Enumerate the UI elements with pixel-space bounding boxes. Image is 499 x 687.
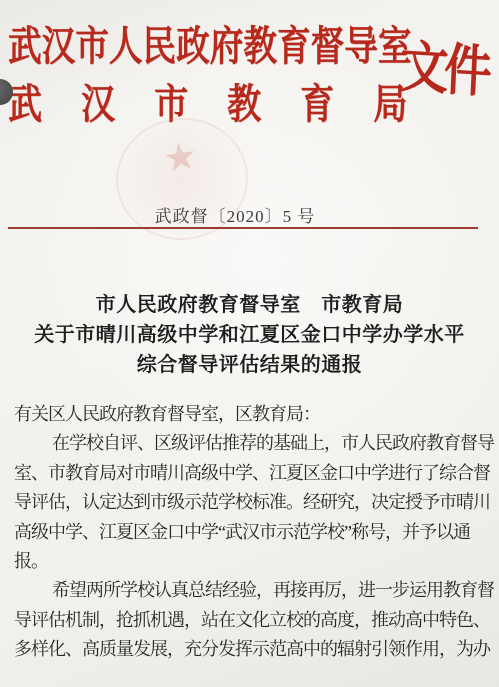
body-line: 导评估机制，抢抓机遇，站在文化立校的高度，推动高中特色、 xyxy=(14,606,491,635)
title-line-3: 综合督导评估结果的通报 xyxy=(0,350,499,380)
letterhead-org-line2: 武汉市教育局 xyxy=(8,84,446,125)
body-line: 室、市教育局对市晴川高级中学、江夏区金口中学进行了综合督 xyxy=(14,459,491,488)
document-body: 有关区人民政府教育督导室，区教育局： 在学校自评、区级评估推荐的基础上，市人民政… xyxy=(14,400,491,665)
letterhead-separator-rule xyxy=(8,227,478,229)
body-line: 多样化、高质量发展，充分发挥示范高中的辐射引领作用，为办 xyxy=(14,635,491,664)
title-line-1: 市人民政府教育督导室 市教育局 xyxy=(0,290,499,320)
document-number: 武政督〔2020〕5 号 xyxy=(0,202,470,227)
letterhead-org-line1: 武汉市人民政府教育督导室 xyxy=(8,26,411,67)
seal-star-icon: ★ xyxy=(161,136,200,178)
body-line: 报。 xyxy=(14,547,491,576)
letterhead-doc-type-label: 文件 xyxy=(400,40,489,101)
document-page: 武汉市人民政府教育督导室 武汉市教育局 文件 ★ 武政督〔2020〕5 号 市人… xyxy=(0,0,499,687)
body-line: 在学校自评、区级评估推荐的基础上，市人民政府教育督导 xyxy=(14,429,491,458)
body-line: 高级中学、江夏区金口中学“武汉市示范学校”称号，并予以通 xyxy=(14,518,491,547)
body-salutation: 有关区人民政府教育督导室，区教育局： xyxy=(14,400,491,429)
body-line: 导评估，认定达到市级示范学校标准。经研究，决定授予市晴川 xyxy=(14,488,491,517)
body-line: 希望两所学校认真总结经验，再接再厉，进一步运用教育督 xyxy=(14,576,491,605)
title-line-2: 关于市晴川高级中学和江夏区金口中学办学水平 xyxy=(0,320,499,350)
document-title: 市人民政府教育督导室 市教育局 关于市晴川高级中学和江夏区金口中学办学水平 综合… xyxy=(0,290,499,380)
